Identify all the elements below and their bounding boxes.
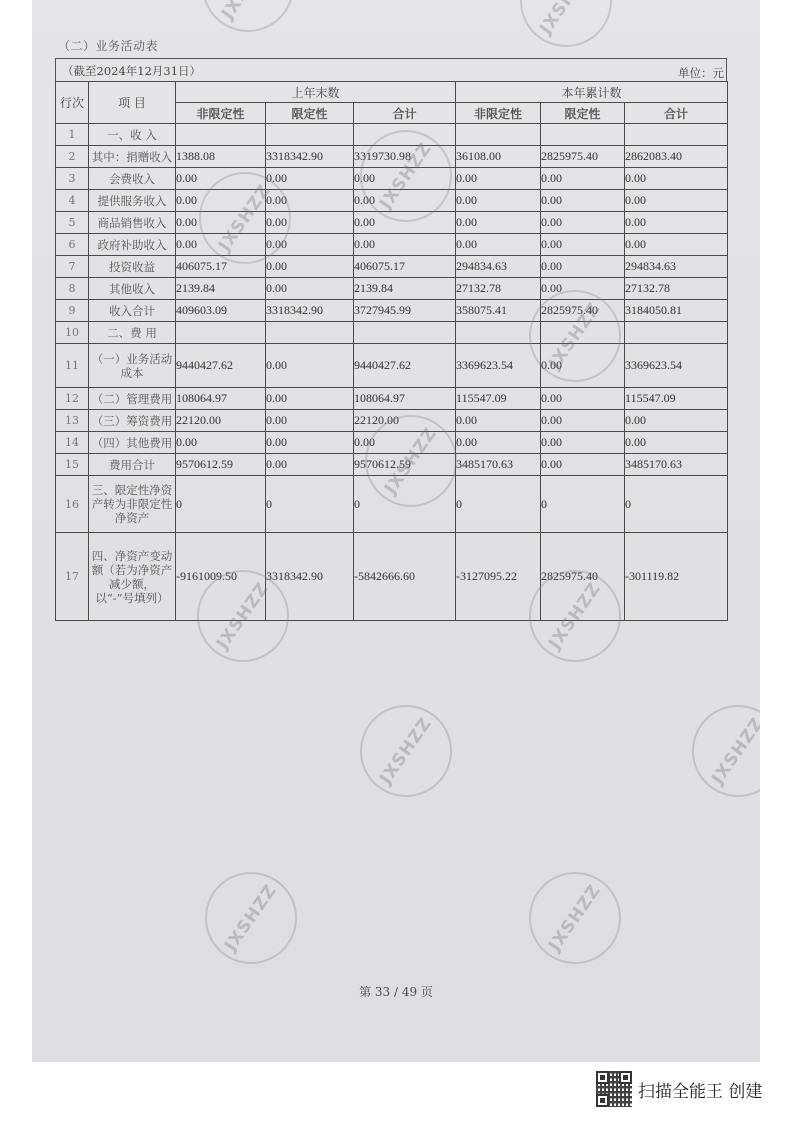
table-row: 6政府补助收入0.000.000.000.000.000.00 [56,234,728,256]
table-caption-row: （截至2024年12月31日） 单位：元 [55,58,727,81]
row-item-label: 其中：捐赠收入 [89,146,176,168]
table-row: 12（二）管理费用108064.970.00108064.97115547.09… [56,388,728,410]
cell-restricted-prev: 0.00 [266,256,354,278]
cell-total-prev: 2139.84 [354,278,456,300]
cell-unrestricted-prev: 0.00 [176,212,266,234]
cell-total-prev: 406075.17 [354,256,456,278]
cell-restricted-prev: 0.00 [266,388,354,410]
cell-unrestricted-prev: 409603.09 [176,300,266,322]
cell-total-prev: 0.00 [354,190,456,212]
watermark-stamp: JXSHZZ [184,0,312,50]
row-item-label: 四、净资产变动额（若为净资产减少额，以“-”号填列） [89,533,176,621]
cell-restricted-prev: 0.00 [266,190,354,212]
cell-total-curr: 0.00 [625,410,728,432]
cell-unrestricted-prev: 0.00 [176,432,266,454]
cell-total-prev: 108064.97 [354,388,456,410]
cell-unrestricted-curr: 115547.09 [456,388,541,410]
cell-unrestricted-curr: 0.00 [456,212,541,234]
cell-unrestricted-prev: 0 [176,476,266,533]
row-number: 11 [56,344,89,388]
qr-code-icon [596,1071,632,1107]
cell-restricted-prev: 3318342.90 [266,533,354,621]
header-group-current-year: 本年累计数 [456,82,728,103]
row-item-label: 二、费 用 [89,322,176,344]
header-group-prev-year: 上年末数 [176,82,456,103]
cell-restricted-curr: 2825975.40 [541,300,625,322]
row-item-label: 费用合计 [89,454,176,476]
cell-restricted-curr: 0.00 [541,256,625,278]
cell-total-curr [625,124,728,146]
cell-restricted-prev [266,124,354,146]
business-activity-table-wrapper: （截至2024年12月31日） 单位：元 行次 项 目 上年末数 本年累计数 非… [55,58,727,621]
cell-unrestricted-prev: 9570612.59 [176,454,266,476]
cell-restricted-curr: 0.00 [541,388,625,410]
cell-restricted-prev: 0.00 [266,432,354,454]
row-number: 16 [56,476,89,533]
cell-total-prev: 0.00 [354,432,456,454]
cell-total-curr: -301119.82 [625,533,728,621]
cell-total-prev: 0 [354,476,456,533]
cell-unrestricted-curr: 358075.41 [456,300,541,322]
row-item-label: （一）业务活动成本 [89,344,176,388]
cell-unrestricted-curr: 0.00 [456,410,541,432]
row-item-label: 投资收益 [89,256,176,278]
scanned-page-photo: （二）业务活动表 （截至2024年12月31日） 单位：元 行次 项 目 上年末… [32,0,760,1062]
cell-total-curr: 0 [625,476,728,533]
cell-unrestricted-curr: 294834.63 [456,256,541,278]
cell-total-curr: 2862083.40 [625,146,728,168]
row-number: 3 [56,168,89,190]
cell-restricted-curr: 0.00 [541,212,625,234]
cell-restricted-prev: 0.00 [266,278,354,300]
cell-restricted-curr [541,124,625,146]
cell-restricted-prev: 0.00 [266,454,354,476]
cell-total-prev: 3727945.99 [354,300,456,322]
table-row: 1一、收 入 [56,124,728,146]
table-row: 4提供服务收入0.000.000.000.000.000.00 [56,190,728,212]
table-row: 9收入合计409603.093318342.903727945.99358075… [56,300,728,322]
cell-unrestricted-prev: 406075.17 [176,256,266,278]
cell-restricted-prev: 3318342.90 [266,300,354,322]
cell-restricted-curr: 0.00 [541,432,625,454]
row-number: 15 [56,454,89,476]
cell-restricted-curr: 0.00 [541,168,625,190]
cell-unrestricted-curr: 3485170.63 [456,454,541,476]
table-row: 13（三）筹资费用22120.000.0022120.000.000.000.0… [56,410,728,432]
cell-unrestricted-curr: 0.00 [456,432,541,454]
cell-total-prev: 0.00 [354,234,456,256]
row-number: 10 [56,322,89,344]
cell-restricted-prev: 0 [266,476,354,533]
table-row: 11（一）业务活动成本9440427.620.009440427.6233696… [56,344,728,388]
cell-unrestricted-curr: 0.00 [456,190,541,212]
date-note: （截至2024年12月31日） [62,63,201,79]
cell-total-curr: 0.00 [625,168,728,190]
row-item-label: 商品销售收入 [89,212,176,234]
cell-total-curr: 0.00 [625,190,728,212]
cell-unrestricted-curr: 36108.00 [456,146,541,168]
cell-restricted-curr: 0.00 [541,344,625,388]
scanner-credit-text: 扫描全能王 创建 [638,1077,762,1102]
cell-total-curr: 0.00 [625,234,728,256]
cell-total-curr: 294834.63 [625,256,728,278]
cell-unrestricted-prev: 9440427.62 [176,344,266,388]
table-body: 1一、收 入2其中：捐赠收入1388.083318342.903319730.9… [56,124,728,621]
cell-total-curr: 0.00 [625,432,728,454]
cell-restricted-prev: 0.00 [266,234,354,256]
table-row: 10二、费 用 [56,322,728,344]
row-number: 14 [56,432,89,454]
cell-restricted-prev: 0.00 [266,168,354,190]
header-col-unrestricted-curr: 非限定性 [456,103,541,124]
cell-restricted-curr: 0.00 [541,410,625,432]
cell-unrestricted-curr: 0 [456,476,541,533]
header-col-total-curr: 合计 [625,103,728,124]
watermark-stamp: JXSHZZ [187,854,315,982]
row-item-label: 三、限定性净资产转为非限定性净资产 [89,476,176,533]
cell-restricted-curr [541,322,625,344]
header-col-restricted-curr: 限定性 [541,103,625,124]
cell-restricted-curr: 0.00 [541,190,625,212]
table-row: 3会费收入0.000.000.000.000.000.00 [56,168,728,190]
table-row: 17四、净资产变动额（若为净资产减少额，以“-”号填列）-9161009.503… [56,533,728,621]
cell-unrestricted-curr: 0.00 [456,234,541,256]
cell-unrestricted-prev [176,322,266,344]
header-col-total-prev: 合计 [354,103,456,124]
table-row: 7投资收益406075.170.00406075.17294834.630.00… [56,256,728,278]
page-number: 第 33 / 49 页 [32,983,760,1000]
cell-restricted-curr: 0.00 [541,234,625,256]
business-activity-table: 行次 项 目 上年末数 本年累计数 非限定性 限定性 合计 非限定性 限定性 合… [55,81,728,621]
scanner-credit: 扫描全能王 创建 [596,1071,762,1107]
cell-total-curr: 3485170.63 [625,454,728,476]
cell-total-curr: 3369623.54 [625,344,728,388]
row-number: 8 [56,278,89,300]
cell-total-prev [354,124,456,146]
header-col-restricted-prev: 限定性 [266,103,354,124]
cell-restricted-prev: 3318342.90 [266,146,354,168]
cell-total-prev: 9440427.62 [354,344,456,388]
cell-unrestricted-prev: 0.00 [176,190,266,212]
cell-unrestricted-prev: 0.00 [176,168,266,190]
row-number: 4 [56,190,89,212]
row-number: 1 [56,124,89,146]
cell-restricted-prev [266,322,354,344]
row-number: 7 [56,256,89,278]
row-item-label: （四）其他费用 [89,432,176,454]
cell-total-prev: 3319730.98 [354,146,456,168]
cell-restricted-curr: 2825975.40 [541,533,625,621]
watermark-stamp: JXSHZZ [502,0,630,65]
cell-unrestricted-prev: 22120.00 [176,410,266,432]
cell-total-curr: 115547.09 [625,388,728,410]
row-number: 2 [56,146,89,168]
cell-total-curr: 0.00 [625,212,728,234]
cell-unrestricted-curr: -3127095.22 [456,533,541,621]
table-row: 14（四）其他费用0.000.000.000.000.000.00 [56,432,728,454]
table-row: 2其中：捐赠收入1388.083318342.903319730.9836108… [56,146,728,168]
cell-total-prev: 0.00 [354,212,456,234]
cell-unrestricted-curr: 0.00 [456,168,541,190]
cell-total-prev: 22120.00 [354,410,456,432]
row-item-label: （三）筹资费用 [89,410,176,432]
cell-unrestricted-curr: 27132.78 [456,278,541,300]
watermark-stamp: JXSHZZ [342,687,470,815]
header-col-unrestricted-prev: 非限定性 [176,103,266,124]
cell-unrestricted-curr [456,124,541,146]
row-number: 6 [56,234,89,256]
cell-unrestricted-prev: 2139.84 [176,278,266,300]
cell-unrestricted-curr [456,322,541,344]
table-row: 15费用合计9570612.590.009570612.593485170.63… [56,454,728,476]
cell-total-prev: -5842666.60 [354,533,456,621]
table-row: 16三、限定性净资产转为非限定性净资产000000 [56,476,728,533]
row-number: 5 [56,212,89,234]
row-item-label: 一、收 入 [89,124,176,146]
row-number: 9 [56,300,89,322]
row-item-label: 会费收入 [89,168,176,190]
row-number: 13 [56,410,89,432]
unit-label: 单位：元 [678,65,724,81]
cell-unrestricted-prev: -9161009.50 [176,533,266,621]
watermark-stamp: JXSHZZ [511,854,639,982]
cell-restricted-prev: 0.00 [266,212,354,234]
row-item-label: 收入合计 [89,300,176,322]
cell-restricted-curr: 2825975.40 [541,146,625,168]
cell-total-curr [625,322,728,344]
cell-total-prev [354,322,456,344]
header-row-no: 行次 [56,82,89,124]
row-number: 17 [56,533,89,621]
cell-unrestricted-prev: 0.00 [176,234,266,256]
cell-unrestricted-curr: 3369623.54 [456,344,541,388]
watermark-stamp: JXSHZZ [674,687,760,815]
section-title: （二）业务活动表 [58,37,158,54]
cell-total-curr: 3184050.81 [625,300,728,322]
cell-total-prev: 9570612.59 [354,454,456,476]
row-item-label: 其他收入 [89,278,176,300]
cell-unrestricted-prev: 1388.08 [176,146,266,168]
cell-restricted-curr: 0.00 [541,278,625,300]
cell-total-curr: 27132.78 [625,278,728,300]
cell-restricted-curr: 0 [541,476,625,533]
cell-unrestricted-prev [176,124,266,146]
cell-restricted-curr: 0.00 [541,454,625,476]
cell-restricted-prev: 0.00 [266,410,354,432]
row-item-label: （二）管理费用 [89,388,176,410]
row-item-label: 提供服务收入 [89,190,176,212]
header-item: 项 目 [89,82,176,124]
row-number: 12 [56,388,89,410]
row-item-label: 政府补助收入 [89,234,176,256]
cell-restricted-prev: 0.00 [266,344,354,388]
table-row: 5商品销售收入0.000.000.000.000.000.00 [56,212,728,234]
cell-unrestricted-prev: 108064.97 [176,388,266,410]
cell-total-prev: 0.00 [354,168,456,190]
table-row: 8其他收入2139.840.002139.8427132.780.0027132… [56,278,728,300]
